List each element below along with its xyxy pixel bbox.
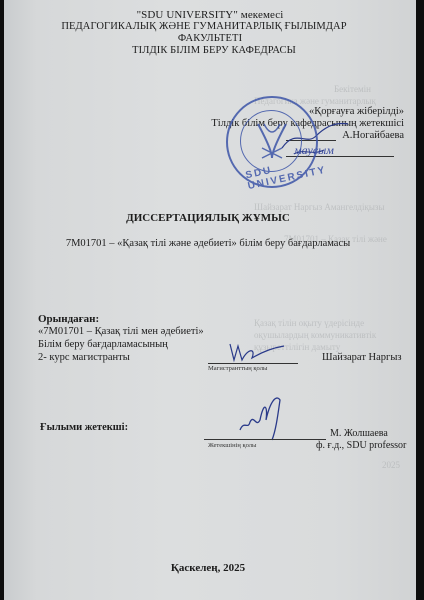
bleed-text: 2025 xyxy=(382,460,400,470)
approval-title: «Қорғауға жіберілді» xyxy=(309,106,404,117)
bleed-text: Бекітемін xyxy=(334,84,371,94)
stamp-emblem-icon xyxy=(254,120,290,160)
document-type-title: ДИССЕРТАЦИЯЛЫҚ ЖҰМЫС xyxy=(4,212,414,224)
program-title: 7М01701 – «Қазақ тілі және әдебиеті» біл… xyxy=(4,238,414,249)
institution-name: "SDU UNIVERSITY" мекемесі xyxy=(4,9,416,21)
supervisor-label: Ғылыми жетекші: xyxy=(40,422,128,433)
department-name: ТІЛДІК БІЛІМ БЕРУ КАФЕДРАСЫ xyxy=(8,45,416,57)
faculty-line-2: ФАКУЛЬТЕТІ xyxy=(4,33,416,45)
faculty-line-1: ПЕДАГОГИКАЛЫҚ ЖӘНЕ ГУМАНИТАРЛЫҚ ҒЫЛЫМДАР xyxy=(4,21,410,33)
author-label: Орындаған: xyxy=(38,313,99,325)
institution-text: "SDU UNIVERSITY" мекемесі xyxy=(137,9,284,21)
author-name: Шайзарат Наргыз xyxy=(322,352,402,363)
author-signature-line xyxy=(208,363,298,364)
document-page: Бекітемін Педагогика және гуманитарлық Ш… xyxy=(4,0,416,600)
author-signature-icon xyxy=(226,340,286,364)
bleed-text: Қазақ тілін оқыту үдерісінде xyxy=(254,318,364,328)
supervisor-signature-icon xyxy=(236,390,286,442)
university-stamp-icon: SDU UNIVERSITY xyxy=(226,96,318,188)
author-program-line2: Білім беру бағдарламасының xyxy=(38,339,168,350)
supervisor-signature-caption: Жетекшінің қолы xyxy=(208,442,256,449)
supervisor-signature-line xyxy=(204,439,326,440)
supervisor-title: ф. ғ.д., SDU professor xyxy=(316,440,406,451)
author-signature-caption: Магистранттың қолы xyxy=(208,365,267,372)
place-year: Қаскелең, 2025 xyxy=(4,562,414,574)
bleed-text: оқушылардың коммуникативтік xyxy=(254,330,376,340)
supervisor-name: М. Жолшаева xyxy=(330,428,388,439)
author-course: 2- курс магистранты xyxy=(38,352,130,363)
bleed-text: Шайзарат Наргыз Амангелдіқызы xyxy=(254,202,385,212)
author-program: «7М01701 – Қазақ тілі мен әдебиеті» xyxy=(38,326,204,337)
